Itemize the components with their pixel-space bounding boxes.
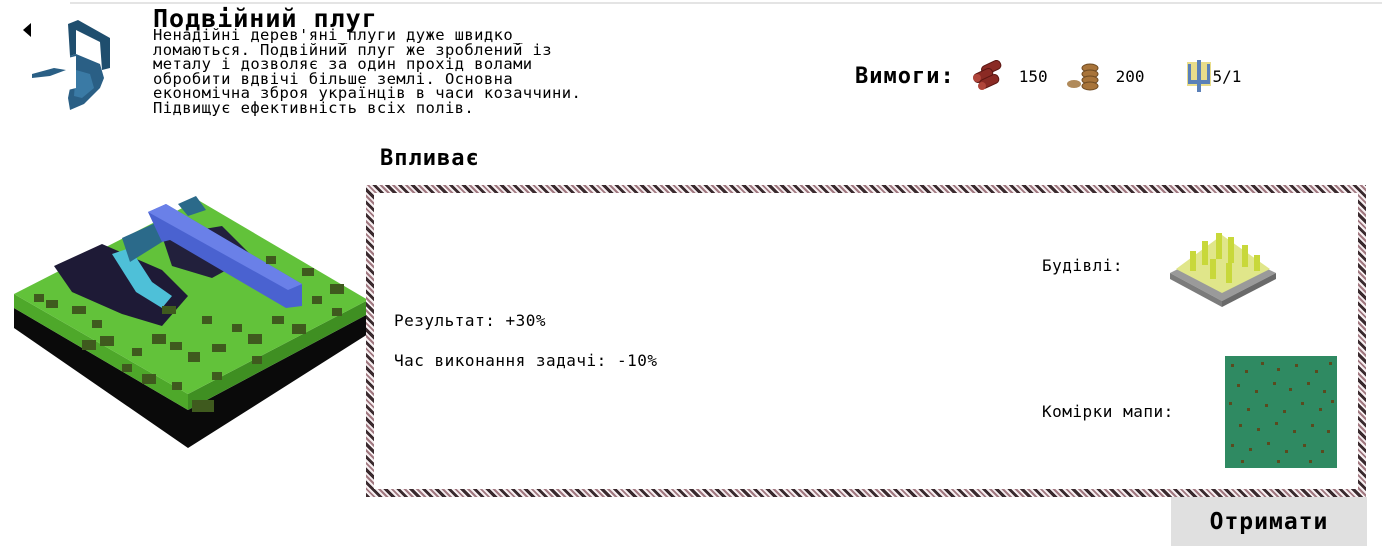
requirement-grain-value: 200 bbox=[1116, 67, 1145, 86]
wood-logs-icon bbox=[969, 60, 1005, 92]
double-plough-icon bbox=[30, 18, 130, 110]
effect-result-label: Результат: bbox=[394, 311, 495, 330]
map-cells-label: Комірки мапи: bbox=[1042, 402, 1174, 421]
requirements-label: Вимоги: bbox=[855, 64, 955, 89]
grass-tile-icon bbox=[1225, 356, 1337, 468]
requirements: Вимоги: 150 200 bbox=[855, 58, 1241, 94]
requirement-wood: 150 bbox=[969, 60, 1048, 92]
requirement-wood-value: 150 bbox=[1019, 67, 1048, 86]
grain-sacks-icon bbox=[1066, 60, 1102, 92]
wheat-field-icon bbox=[1166, 223, 1278, 311]
requirement-level-value: 5/1 bbox=[1213, 67, 1242, 86]
effect-task-time-label: Час виконання задачі: bbox=[394, 351, 607, 370]
effect-task-time-value: -10% bbox=[617, 351, 658, 370]
requirement-level: 5/1 bbox=[1185, 58, 1242, 94]
influence-title: Впливає bbox=[380, 146, 480, 171]
get-button[interactable]: Отримати bbox=[1171, 497, 1367, 546]
trident-icon bbox=[1185, 58, 1213, 94]
buildings-label: Будівлі: bbox=[1042, 256, 1123, 275]
effect-result-value: +30% bbox=[505, 311, 546, 330]
influence-panel: Результат: +30% Час виконання задачі: -1… bbox=[366, 185, 1366, 497]
tech-description: Ненадійні дерев'яні_плуги дуже швидко_ л… bbox=[153, 28, 813, 115]
effect-result: Результат: +30% bbox=[394, 311, 546, 330]
requirement-grain: 200 bbox=[1066, 60, 1145, 92]
field-scene-illustration bbox=[12, 196, 368, 454]
effect-task-time: Час виконання задачі: -10% bbox=[394, 351, 657, 370]
